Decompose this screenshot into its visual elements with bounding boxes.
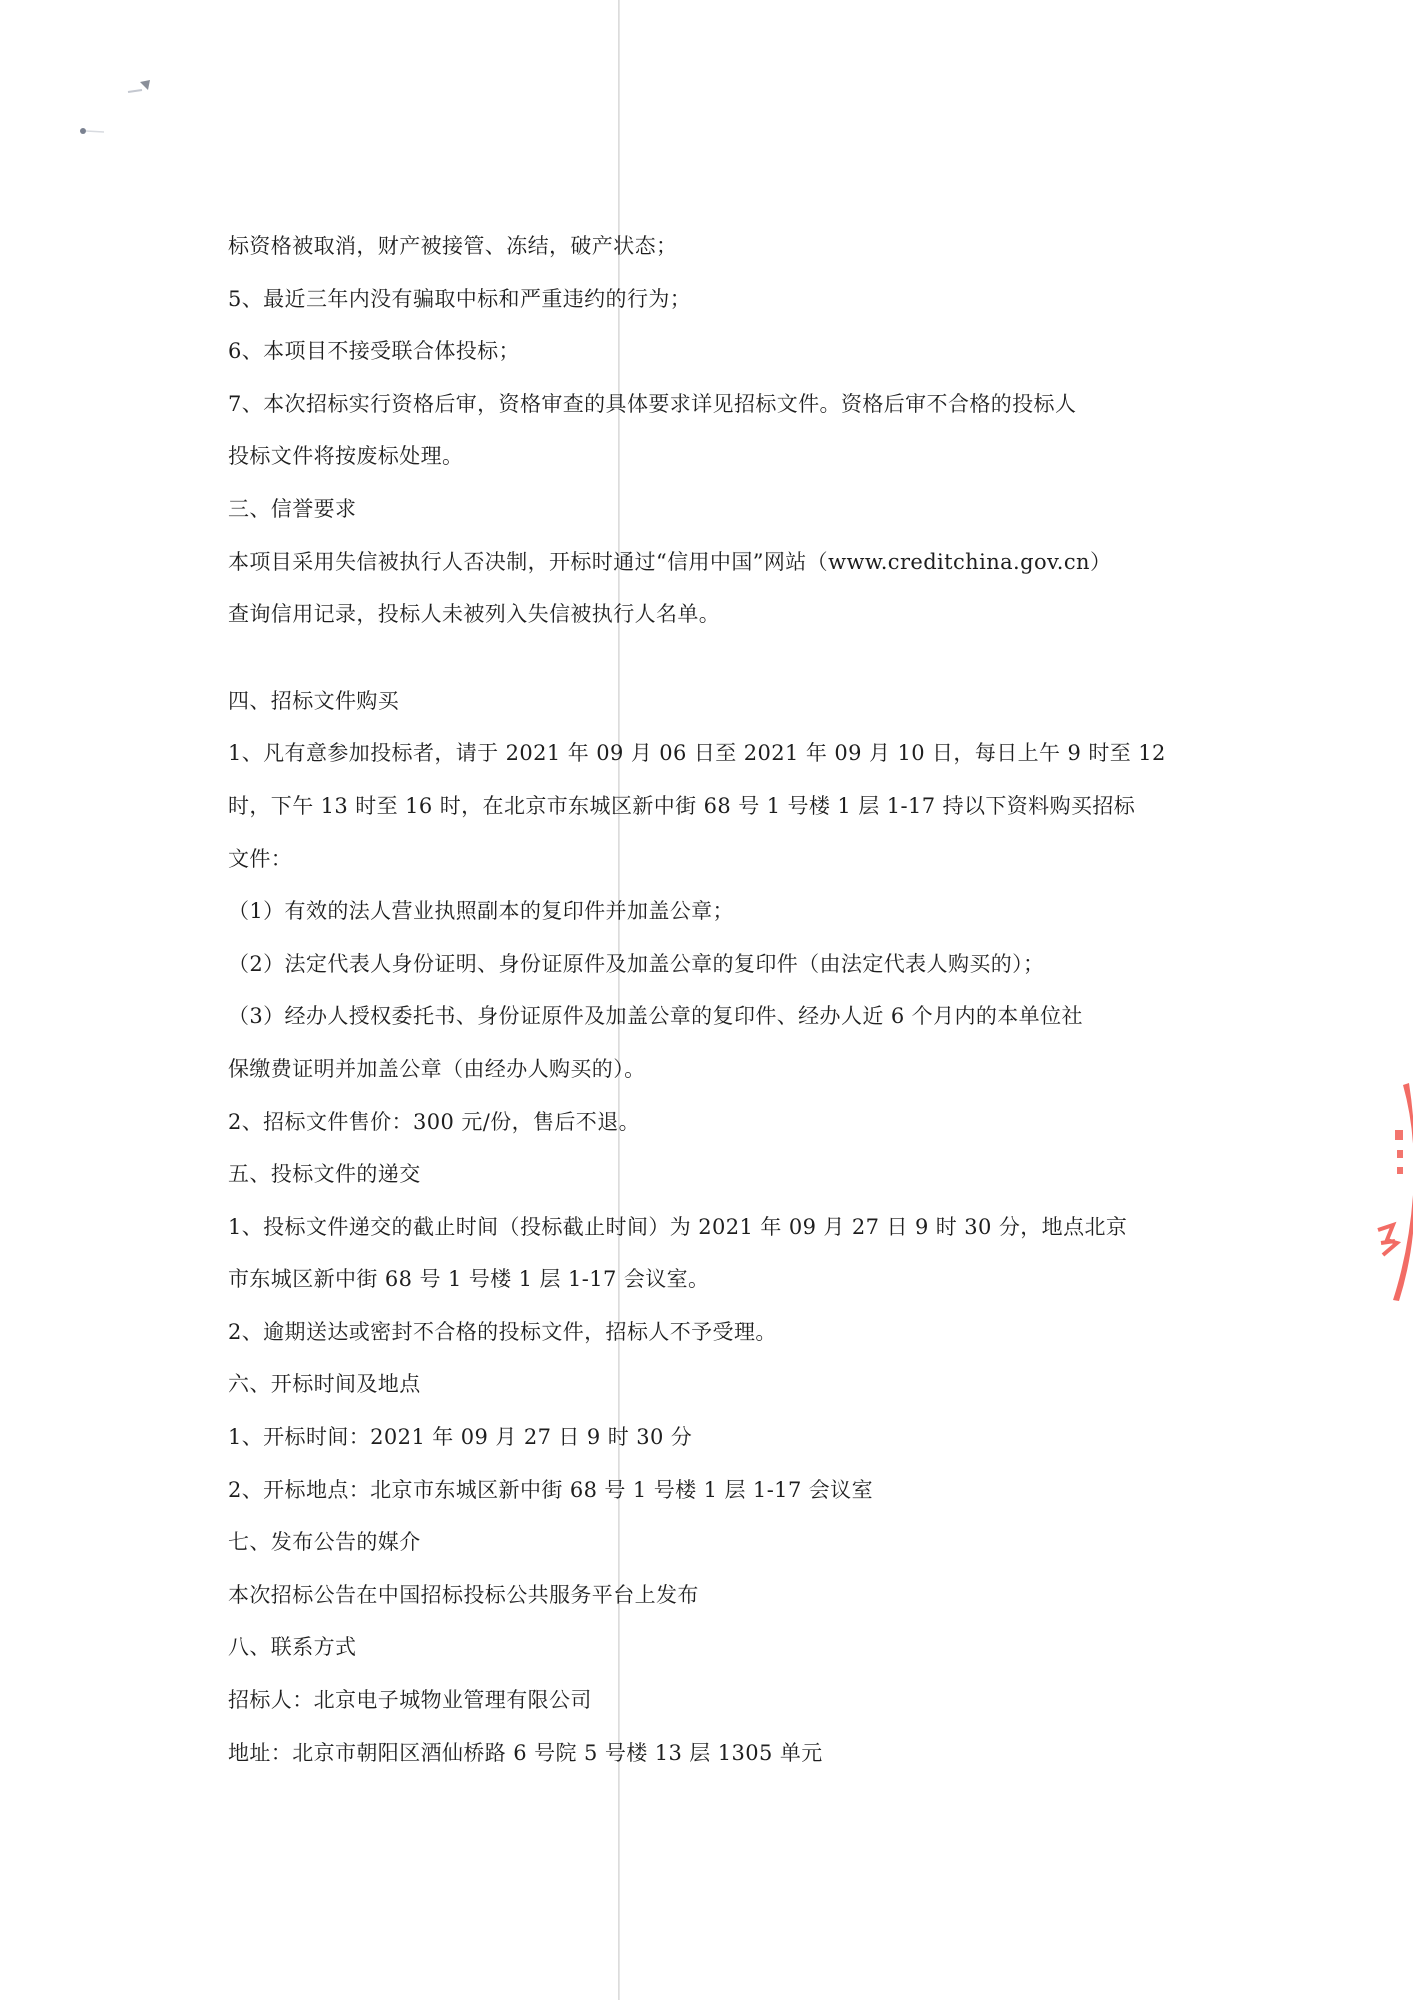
list-item: 2、逾期送达或密封不合格的投标文件，招标人不予受理。 (228, 1306, 1188, 1359)
section-heading: 五、投标文件的递交 (228, 1148, 1188, 1201)
list-item: 1、凡有意参加投标者，请于 2021 年 09 月 06 日至 2021 年 0… (228, 727, 1188, 780)
list-item: （1）有效的法人营业执照副本的复印件并加盖公章； (228, 885, 1188, 938)
section-heading: 七、发布公告的媒介 (228, 1516, 1188, 1569)
paragraph-line: 时，下午 13 时至 16 时，在北京市东城区新中街 68 号 1 号楼 1 层… (228, 780, 1188, 833)
list-item: （3）经办人授权委托书、身份证原件及加盖公章的复印件、经办人近 6 个月内的本单… (228, 990, 1188, 1043)
list-item: 2、开标地点：北京市东城区新中街 68 号 1 号楼 1 层 1-17 会议室 (228, 1464, 1188, 1517)
paragraph-line: 本次招标公告在中国招标投标公共服务平台上发布 (228, 1569, 1188, 1622)
list-item: 2、招标文件售价：300 元/份，售后不退。 (228, 1096, 1188, 1149)
list-item: （2）法定代表人身份证明、身份证原件及加盖公章的复印件（由法定代表人购买的）； (228, 938, 1188, 991)
list-item: 1、开标时间：2021 年 09 月 27 日 9 时 30 分 (228, 1411, 1188, 1464)
paragraph-line: 投标文件将按废标处理。 (228, 430, 1188, 483)
paragraph-line: 地址：北京市朝阳区酒仙桥路 6 号院 5 号楼 13 层 1305 单元 (228, 1727, 1188, 1780)
list-item: 5、最近三年内没有骗取中标和严重违约的行为； (228, 273, 1188, 326)
paragraph-line: 招标人：北京电子城物业管理有限公司 (228, 1674, 1188, 1727)
scan-specks (0, 0, 200, 160)
paragraph-line: 标资格被取消，财产被接管、冻结，破产状态； (228, 220, 1188, 273)
paragraph-line: 文件： (228, 833, 1188, 886)
paragraph-line: 保缴费证明并加盖公章（由经办人购买的）。 (228, 1043, 1188, 1096)
section-heading: 四、招标文件购买 (228, 675, 1188, 728)
section-heading: 六、开标时间及地点 (228, 1358, 1188, 1411)
paragraph-spacer (228, 641, 1188, 675)
list-item: 1、投标文件递交的截止时间（投标截止时间）为 2021 年 09 月 27 日 … (228, 1201, 1188, 1254)
list-item: 7、本次招标实行资格后审，资格审查的具体要求详见招标文件。资格后审不合格的投标人 (228, 378, 1188, 431)
paragraph-line: 本项目采用失信被执行人否决制，开标时通过“信用中国”网站（www.creditc… (228, 536, 1188, 589)
section-heading: 八、联系方式 (228, 1621, 1188, 1674)
list-item: 6、本项目不接受联合体投标； (228, 325, 1188, 378)
paragraph-line: 查询信用记录，投标人未被列入失信被执行人名单。 (228, 588, 1188, 641)
paragraph-line: 市东城区新中街 68 号 1 号楼 1 层 1-17 会议室。 (228, 1253, 1188, 1306)
red-seal-stamp-icon (1373, 1075, 1413, 1305)
document-page: 标资格被取消，财产被接管、冻结，破产状态；5、最近三年内没有骗取中标和严重违约的… (228, 220, 1188, 1779)
section-heading: 三、信誉要求 (228, 483, 1188, 536)
